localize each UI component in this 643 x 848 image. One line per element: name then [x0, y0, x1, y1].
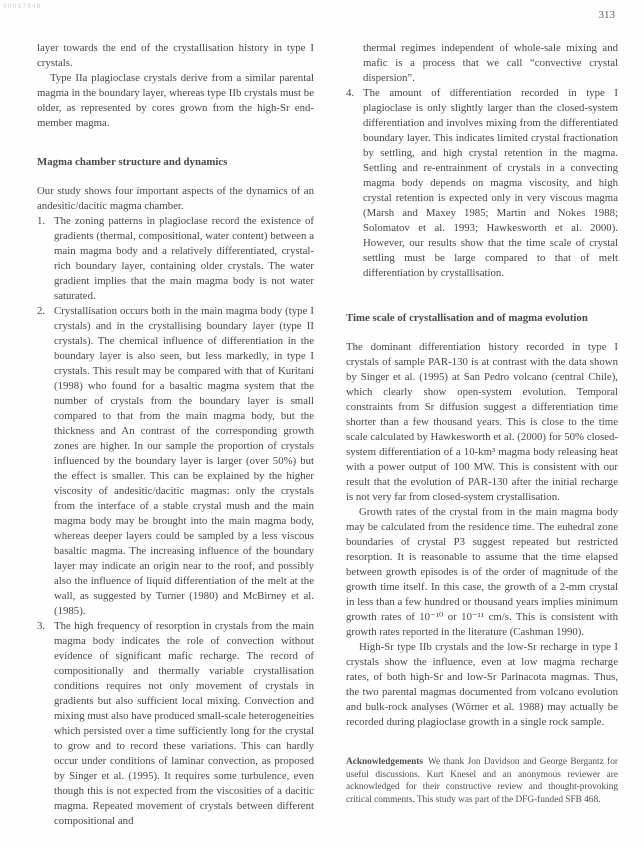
list-item-text: Crystallisation occurs both in the main …	[54, 305, 314, 617]
list-item-text: The zoning patterns in plagioclase recor…	[54, 215, 314, 302]
list-item-number: 2.	[37, 304, 45, 319]
section-heading-time-scale: Time scale of crystallisation and of mag…	[346, 311, 618, 326]
paragraph-high-sr: High-Sr type IIb crystals and the low-Sr…	[346, 640, 618, 730]
list-item-3-continuation: thermal regimes independent of whole-sal…	[346, 41, 618, 86]
list-item-text: The amount of differentiation recorded i…	[363, 87, 618, 279]
list-item: 1. The zoning patterns in plagioclase re…	[37, 214, 314, 304]
acknowledgements-label: Acknowledgements	[346, 757, 423, 767]
list-item: 2. Crystallisation occurs both in the ma…	[37, 304, 314, 619]
paragraph-intro: Our study shows four important aspects o…	[37, 184, 314, 214]
list-item-number: 1.	[37, 214, 45, 229]
list-item: 3. The high frequency of resorption in c…	[37, 619, 314, 829]
list-item-text: The high frequency of resorption in crys…	[54, 620, 314, 827]
scan-code: 00057848	[3, 3, 42, 10]
acknowledgements: AcknowledgementsWe thank Jon Davidson an…	[346, 756, 618, 806]
section-heading-magma-chamber: Magma chamber structure and dynamics	[37, 155, 314, 170]
paragraph-continuation: layer towards the end of the crystallisa…	[37, 41, 314, 71]
right-column: thermal regimes independent of whole-sal…	[346, 41, 618, 829]
list-item-number: 3.	[37, 619, 45, 634]
paragraph-growth-rates: Growth rates of the crystal from in the …	[346, 505, 618, 640]
paragraph-type2-crystals: Type IIa plagioclase crystals derive fro…	[37, 71, 314, 131]
left-column: layer towards the end of the crystallisa…	[37, 41, 314, 829]
two-column-layout: layer towards the end of the crystallisa…	[0, 0, 643, 829]
list-item-number: 4.	[346, 86, 354, 101]
page-number: 313	[599, 9, 616, 21]
paragraph-time-scale-1: The dominant differentiation history rec…	[346, 340, 618, 505]
list-item: 4. The amount of differentiation recorde…	[346, 86, 618, 281]
journal-page: 00057848 313 layer towards the end of th…	[0, 0, 643, 848]
